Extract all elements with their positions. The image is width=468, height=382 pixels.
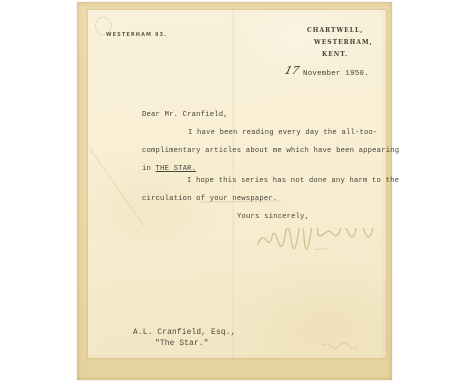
body-line: in THE STAR. bbox=[142, 165, 196, 173]
salutation: Dear Mr. Cranfield, bbox=[142, 111, 228, 119]
pencil-notation bbox=[320, 338, 366, 352]
body-line: I hope this series has not done any harm… bbox=[187, 177, 399, 185]
recipient-organisation: "The Star." bbox=[155, 340, 209, 348]
pencil-signature bbox=[252, 228, 392, 254]
body-line: I have been reading every day the all-to… bbox=[188, 129, 378, 137]
body-line: complimentary articles about me which ha… bbox=[142, 147, 399, 155]
typed-date: November 1950. bbox=[303, 70, 369, 78]
closing: Yours sincerely, bbox=[237, 213, 309, 221]
letterhead-address-line3: KENT. bbox=[322, 51, 348, 58]
letterhead-address-line1: CHARTWELL, bbox=[307, 27, 363, 34]
newspaper-name: THE STAR. bbox=[156, 165, 197, 173]
recipient-name: A.L. Cranfield, Esq., bbox=[133, 329, 235, 337]
letterhead-address-line2: WESTERHAM, bbox=[314, 39, 373, 46]
letterhead-phone: WESTERHAM 93. bbox=[106, 32, 167, 38]
body-line-prefix: in bbox=[142, 165, 156, 173]
